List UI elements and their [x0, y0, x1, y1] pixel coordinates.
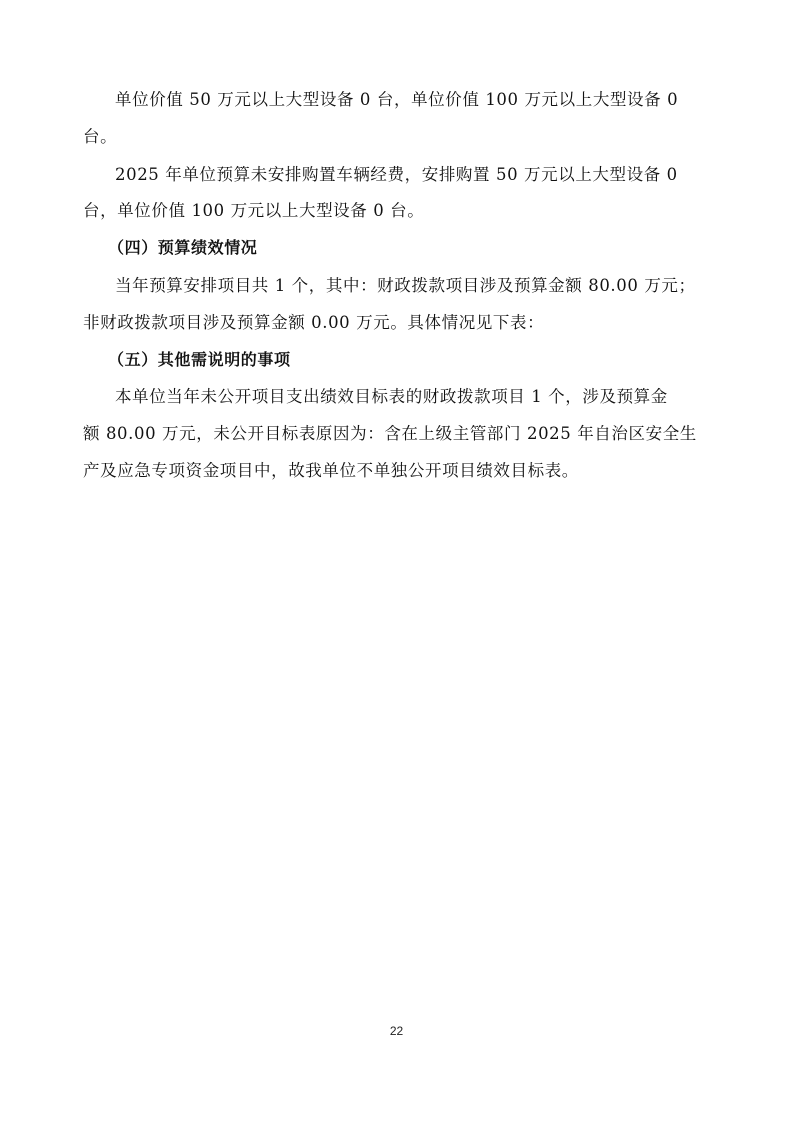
paragraph-line: 当年预算安排项目共 1 个，其中：财政拨款项目涉及预算金额 80.00 万元； [115, 276, 755, 296]
paragraph-line: 额 80.00 万元，未公开目标表原因为：含在上级主管部门 2025 年自治区安… [83, 424, 723, 444]
document-page: 单位价值 50 万元以上大型设备 0 台，单位价值 100 万元以上大型设备 0… [0, 0, 793, 1122]
paragraph-line: 非财政拨款项目涉及预算金额 0.00 万元。具体情况见下表： [83, 313, 723, 333]
section-heading-budget-performance: （四）预算绩效情况 [108, 238, 748, 258]
paragraph-line: 本单位当年未公开项目支出绩效目标表的财政拨款项目 1 个，涉及预算金 [115, 387, 755, 407]
page-number: 22 [0, 1024, 793, 1038]
paragraph-line: 产及应急专项资金项目中，故我单位不单独公开项目绩效目标表。 [83, 461, 723, 481]
section-heading-other-matters: （五）其他需说明的事项 [108, 350, 748, 370]
paragraph-line: 单位价值 50 万元以上大型设备 0 台，单位价值 100 万元以上大型设备 0 [115, 90, 755, 110]
paragraph-line: 台，单位价值 100 万元以上大型设备 0 台。 [83, 201, 723, 221]
paragraph-line: 2025 年单位预算未安排购置车辆经费，安排购置 50 万元以上大型设备 0 [115, 165, 755, 185]
paragraph-line: 台。 [83, 127, 723, 147]
